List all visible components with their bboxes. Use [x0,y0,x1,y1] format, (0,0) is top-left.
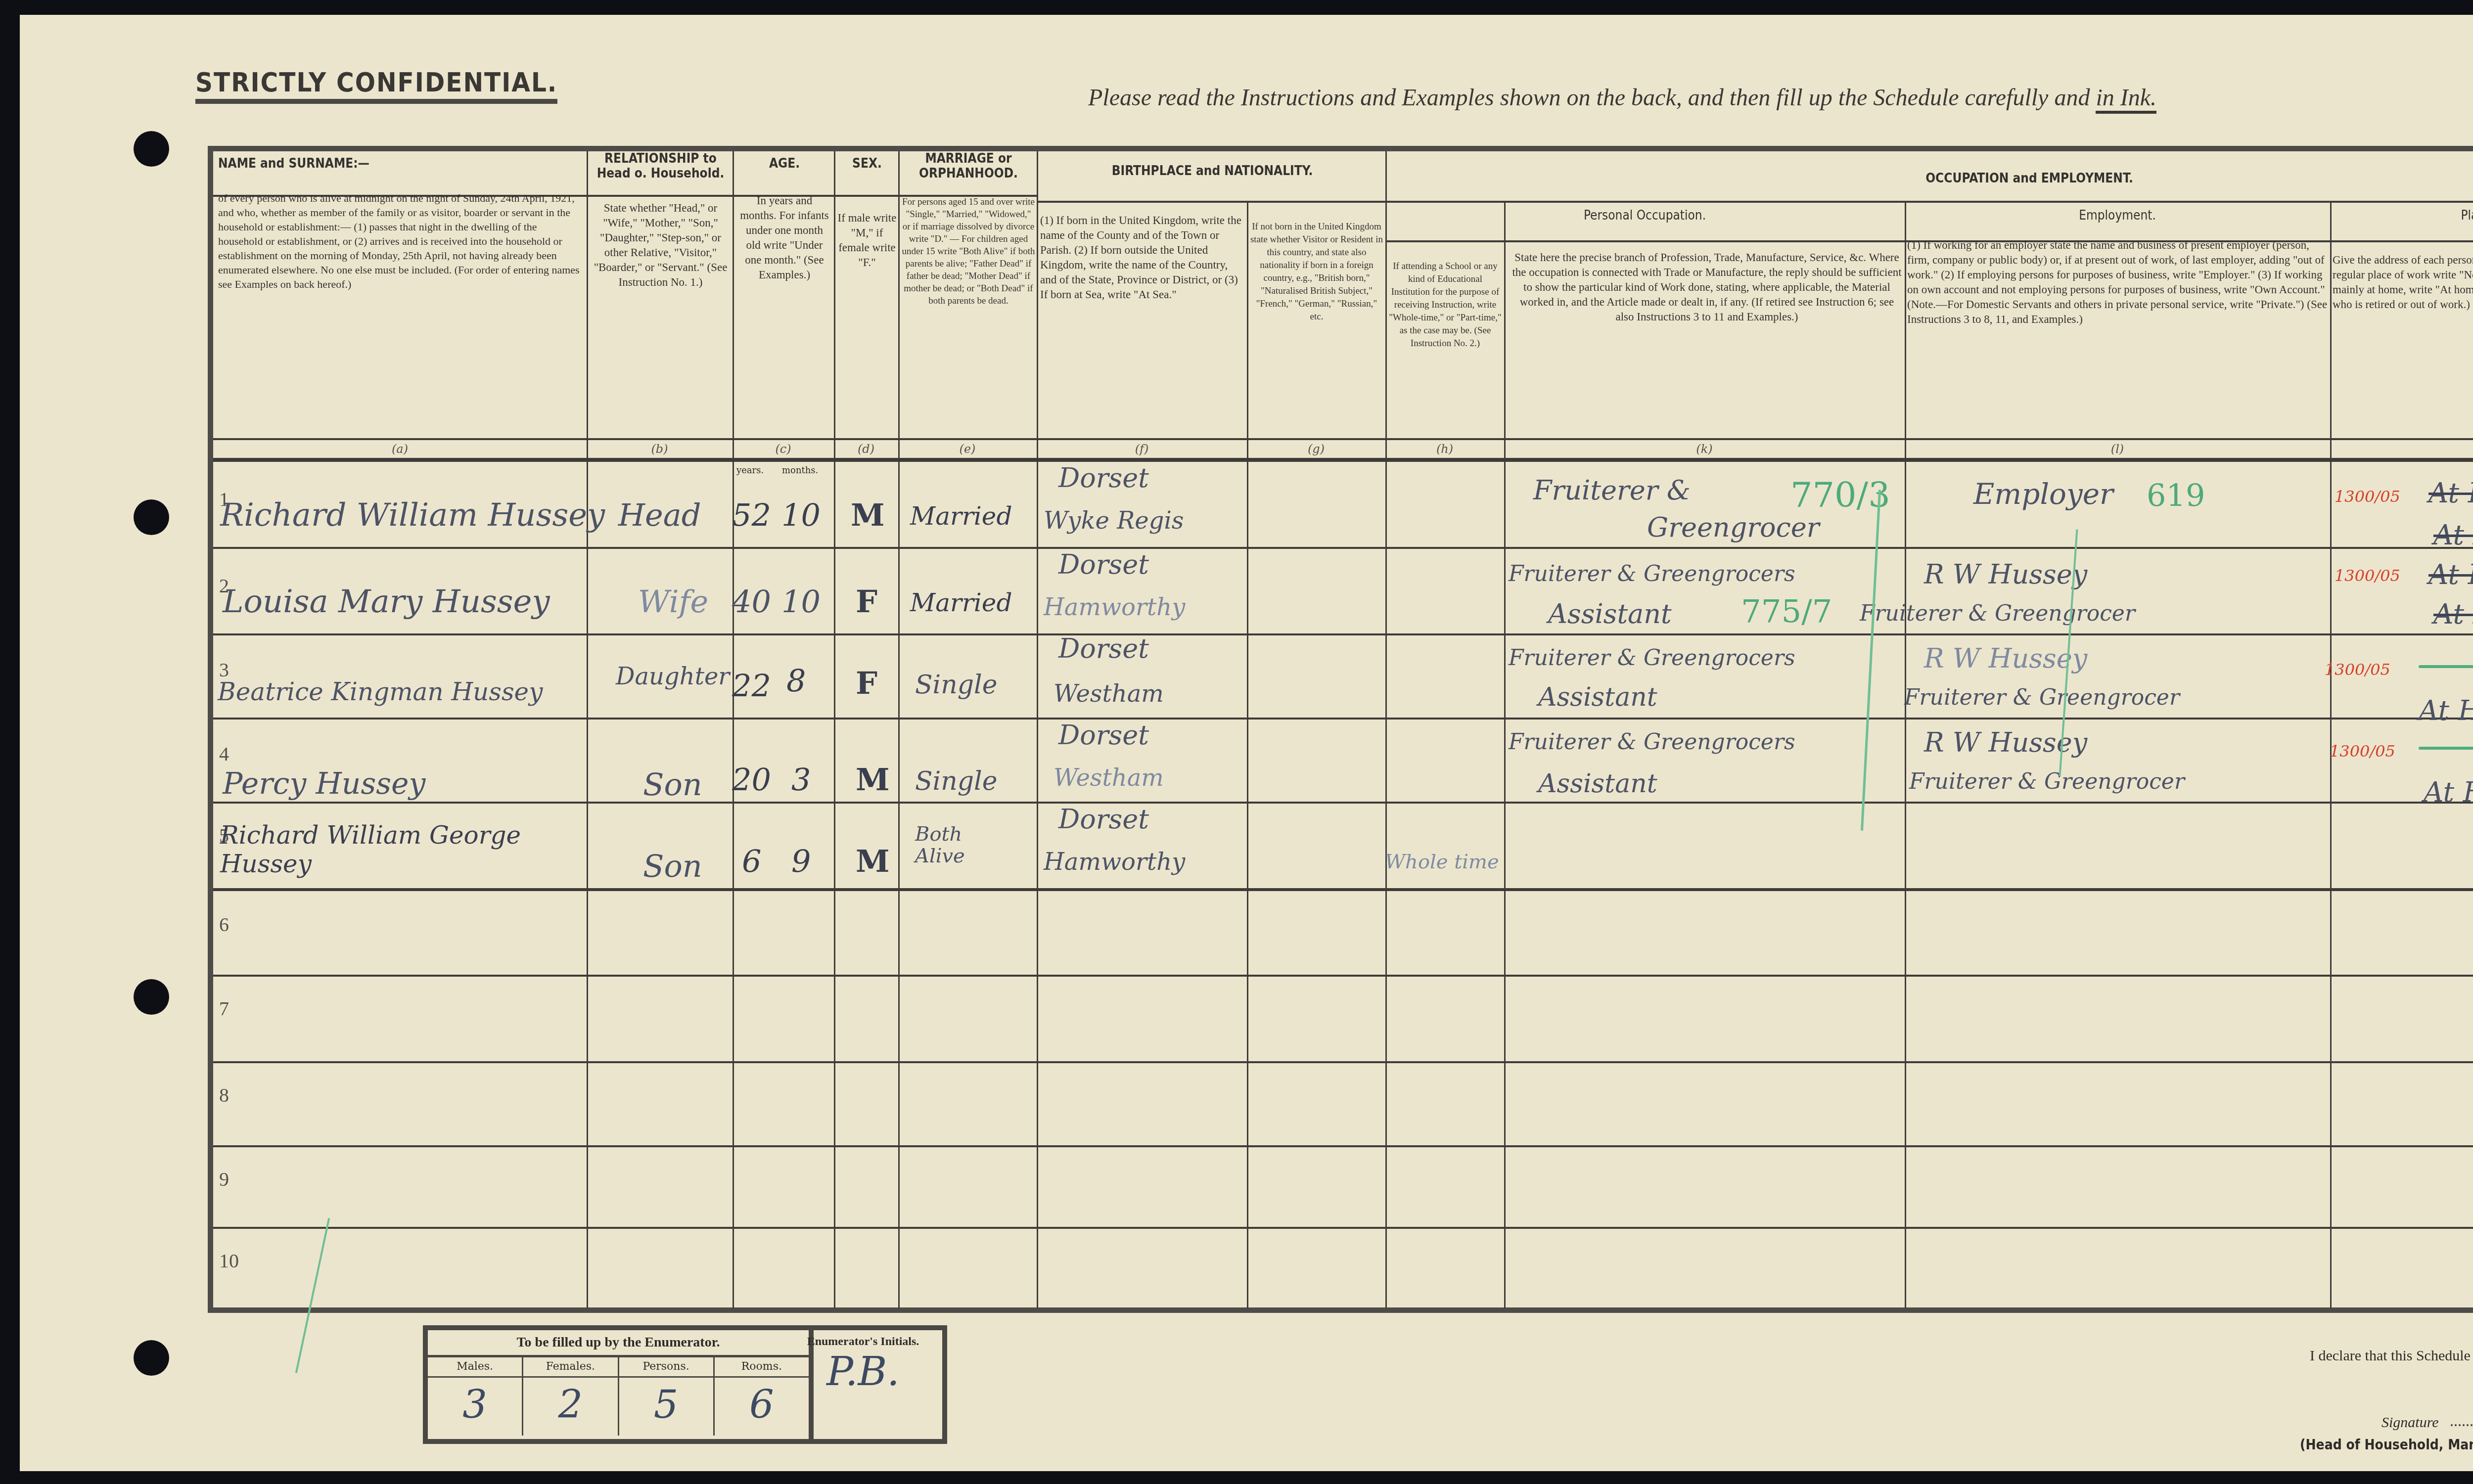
occupation-code: 775/7 [1741,593,1832,630]
column-letter-k: (k) [1504,442,1905,456]
relationship: Wife [638,584,708,620]
occupation-line-2: Assistant [1538,769,1657,799]
header-place-of-work: Place of Work. Give the address of each … [2333,208,2473,312]
column-letter-d: (d) [834,442,898,456]
column-letter-h: (h) [1385,442,1504,456]
enumerator-totals-heading: To be filled up by the Enumerator. [428,1330,809,1357]
punch-hole [134,1340,169,1376]
column-letter-b: (b) [587,442,733,456]
header-personal-occupation-body: State here the precise branch of Profess… [1511,250,1902,324]
relationship: Son [643,766,702,803]
punch-hole [134,979,169,1015]
column-letter-g: (g) [1247,442,1385,456]
person-name: Richard William Hussey [220,497,605,534]
column-letter-e: (e) [898,442,1037,456]
census-table: NAME and SURNAME:— of every person who i… [208,146,2473,1313]
person-name: Louisa Mary Hussey [223,584,550,620]
employment: R W Hussey [1924,643,2087,674]
sex: M [856,762,890,798]
age-months: 10 [781,497,821,533]
relationship: Head [618,497,701,533]
header-birthplace-group: BIRTHPLACE and NATIONALITY. [1039,164,1385,179]
employment-code: 619 [2147,477,2205,513]
place-of-work: At Home [2428,559,2473,591]
females-cell: Females.2 [523,1357,619,1436]
marriage-status: Both Alive [915,823,974,867]
header-nationality: If not born in the United Kingdom state … [1249,221,1384,323]
header-name: NAME and SURNAME:— of every person who i… [218,156,584,291]
enumerator-initials-box: Enumerator's Initials. P.B. [784,1325,947,1444]
sex: M [851,497,885,533]
sex: M [856,843,890,879]
header-occupation-group: OCCUPATION and EMPLOYMENT. [1386,171,2473,186]
occupation-line-1: Fruiterer & [1533,475,1691,506]
header-birthplace: (1) If born in the United Kingdom, write… [1040,213,1245,302]
age-years: 52 [732,497,771,533]
age-years: 20 [732,762,771,798]
occupation-code: 770/3 [1790,475,1890,515]
row-number: 6 [219,913,229,936]
place-of-work: At Home [2428,477,2473,509]
birth-county: Dorset [1058,720,1149,751]
place-code: 1300/05 [2335,566,2400,585]
person-name: Richard William George Hussey [220,821,576,878]
signature-label: Signature [2381,1414,2439,1431]
row-number: 4 [219,742,229,765]
occupation-line-2: Assistant [1548,598,1672,630]
occupation-line-1: Fruiterer & Greengrocers [1509,729,1795,755]
enumerator-totals-box: To be filled up by the Enumerator. Males… [423,1325,814,1444]
birth-town: Westham [1053,764,1164,792]
punch-hole [134,499,169,535]
relationship: Son [643,848,702,884]
birth-town: Hamworthy [1044,593,1185,621]
signature-note: (Head of Household, Manager of Establish… [2300,1437,2473,1453]
header-school: If attending a School or any kind of Edu… [1388,260,1503,350]
school-attendance: Whole time [1385,851,1499,873]
age-years: 40 [732,584,771,620]
marriage-status: Married [910,588,1012,617]
column-letter-a: (a) [213,442,587,456]
employment: Employer [1973,477,2113,511]
header-sex: SEX. If male write "M," if female write … [837,156,897,270]
person-name: Percy Hussey [223,766,425,801]
place-code: 1300/05 [2335,487,2400,506]
place-of-work-alt: At Home [2433,598,2473,630]
birth-county: Dorset [1058,462,1149,494]
age-months-label: months. [782,465,818,476]
page-title: STRICTLY CONFIDENTIAL. [195,67,557,104]
birth-county: Dorset [1058,804,1149,835]
occupation-line-2: Assistant [1538,682,1657,712]
age-years-label: years. [736,465,764,476]
header-marriage: MARRIAGE or ORPHANHOOD. For persons aged… [902,151,1035,307]
header-age: AGE. In years and months. For infants un… [737,156,831,282]
marriage-status: Single [915,670,997,700]
employment: R W Hussey [1924,559,2087,590]
birth-town: Hamworthy [1044,848,1185,876]
header-personal-occupation: Personal Occupation. [1386,208,1903,223]
occupation-line-1: Fruiterer & Greengrocers [1509,645,1795,671]
row-number: 8 [219,1083,229,1107]
occupation-line-1: Fruiterer & Greengrocers [1509,561,1795,586]
birth-town: Westham [1053,680,1164,708]
age-years: 22 [732,668,771,704]
place-code: 1300/05 [2325,660,2390,679]
person-name: Beatrice Kingman Hussey [218,677,543,706]
initials-label: Enumerator's Initials. [784,1335,942,1349]
age-months: 8 [786,663,806,699]
place-of-work-alt: At Home [2433,519,2473,551]
age-months: 9 [791,843,811,879]
row-number: 7 [219,997,229,1020]
relationship: Daughter [616,663,730,690]
instructions-line: Please read the Instructions and Example… [1088,84,2156,111]
column-letter-f: (f) [1037,442,1247,456]
punch-hole [134,131,169,167]
place-of-work: At Home [2419,695,2473,727]
header-relationship: RELATIONSHIP to Head o. Household. State… [590,151,731,290]
signature-line [2451,1424,2473,1426]
employment-detail: Fruiterer & Greengrocer [1909,769,2185,794]
marriage-status: Single [915,766,997,796]
row-number: 10 [219,1249,239,1272]
column-letter-l: (l) [1905,442,2330,456]
marriage-status: Married [910,502,1012,531]
age-months: 3 [791,762,811,798]
birth-town: Wyke Regis [1044,507,1184,535]
column-letter-c: (c) [733,442,834,456]
birth-county: Dorset [1058,549,1149,580]
sex: F [856,584,877,620]
place-code: 1300/05 [2330,742,2395,761]
column-letter-m: (m) [2330,442,2473,456]
declaration-text: I declare that this Schedule is correctl… [2310,1348,2473,1364]
occupation-line-2: Greengrocer [1647,512,1820,543]
place-of-work-dash [2419,665,2473,668]
age-months: 10 [781,584,821,620]
header-employment: Employment. (1) If working for an employ… [1907,208,2328,327]
place-of-work: At Home [2424,776,2473,809]
persons-cell: Persons.5 [619,1357,715,1436]
males-cell: Males.3 [428,1357,523,1436]
employment-detail: Fruiterer & Greengrocer [1860,601,2135,626]
place-of-work-dash [2419,747,2473,750]
initials-value: P.B. [784,1349,942,1394]
employment-detail: Fruiterer & Greengrocer [1904,685,2180,710]
row-number: 9 [219,1168,229,1191]
sex: F [856,665,877,701]
age-years: 6 [742,843,761,879]
birth-county: Dorset [1058,633,1149,664]
